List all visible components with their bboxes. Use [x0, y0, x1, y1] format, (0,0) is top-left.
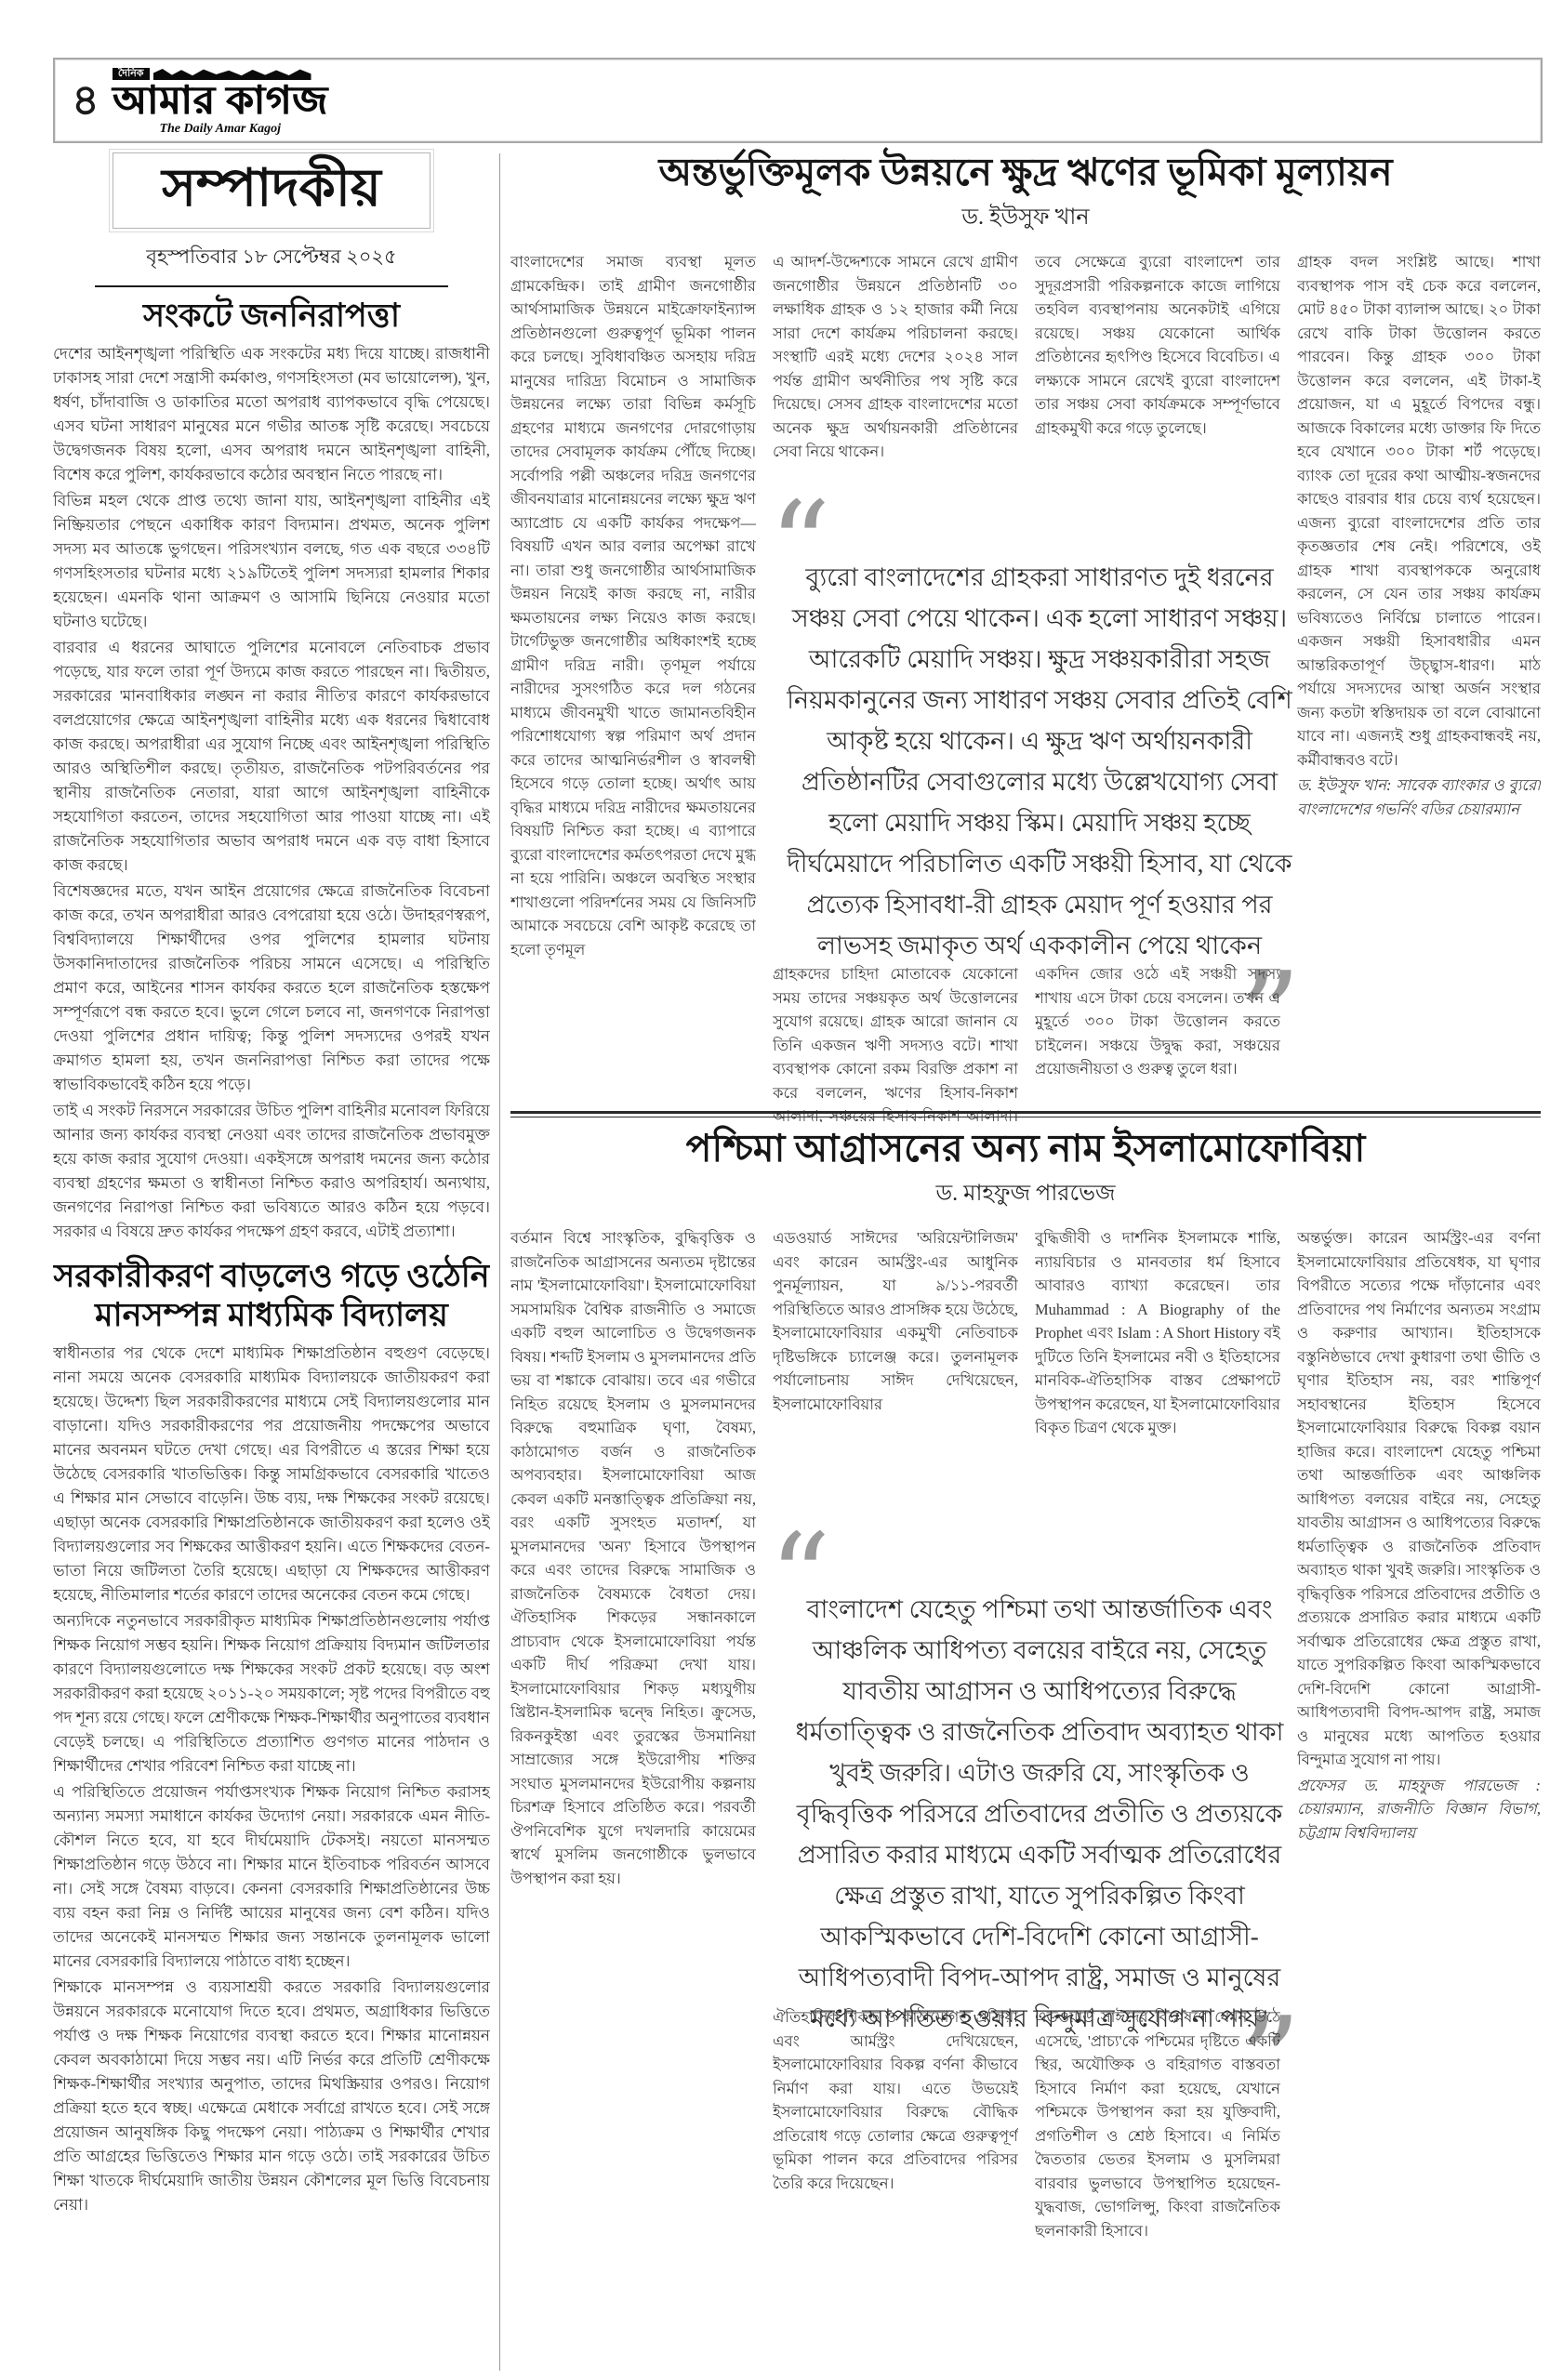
article-divider-rule: [510, 1111, 1541, 1117]
article2-pull-quote-text: বাংলাদেশ যেহেতু পশ্চিমা তথা আন্তর্জাতিক …: [796, 1595, 1284, 2032]
editorial-column: সম্পাদকীয় বৃহস্পতিবার ১৮ সেপ্টেম্বর ২০২…: [53, 149, 490, 2373]
column-divider: [499, 153, 500, 2371]
article2-col4: অন্তর্ভুক্ত। কারেন আর্মস্ট্রং-এর বর্ণনা …: [1297, 1226, 1541, 2366]
editorial-rule: [95, 285, 448, 287]
editorial1-paragraph: দেশের আইনশৃঙ্খলা পরিস্থিতি এক সংকটের মধ্…: [53, 342, 490, 487]
article2-col1: বর্তমান বিশ্বে সাংস্কৃতিক, বুদ্ধিবৃত্তিক…: [510, 1226, 756, 2366]
article1-col4-text: গ্রাহক বদল সংশ্লিষ্ট আছে। শাখা ব্যবস্থাপ…: [1297, 250, 1541, 772]
editorial1-headline: সংকটে জননিরাপত্তা: [53, 297, 490, 335]
article2-col4-text: অন্তর্ভুক্ত। কারেন আর্মস্ট্রং-এর বর্ণনা …: [1297, 1226, 1541, 1772]
article2: পশ্চিমা আগ্রাসনের অন্য নাম ইসলামোফোবিয়া…: [510, 1125, 1541, 2366]
article1-col4: গ্রাহক বদল সংশ্লিষ্ট আছে। শাখা ব্যবস্থাপ…: [1297, 250, 1541, 1122]
article2-body: বর্তমান বিশ্বে সাংস্কৃতিক, বুদ্ধিবৃত্তিক…: [510, 1226, 1541, 2366]
editorial1-body: দেশের আইনশৃঙ্খলা পরিস্থিতি এক সংকটের মধ্…: [53, 342, 490, 1244]
editorial2-headline: সরকারীকরণ বাড়লেও গড়ে ওঠেনি মানসম্পন্ন …: [53, 1257, 490, 1334]
article1-pull-quote-text: ব্যুরো বাংলাদেশের গ্রাহকরা সাধারণত দুই ধ…: [787, 563, 1292, 959]
editorial2-headline-line2: মানসম্পন্ন মাধ্যমিক বিদ্যালয়: [95, 1297, 448, 1333]
editorial2-paragraph: শিক্ষাকে মানসম্পন্ন ও ব্যয়সাশ্রয়ী করতে…: [53, 1976, 490, 2217]
oped-area: অন্তর্ভুক্তিমূলক উন্নয়নে ক্ষুদ্র ঋণের ভ…: [510, 149, 1541, 2373]
editorial2-body: স্বাধীনতার পর থেকে দেশে মাধ্যমিক শিক্ষাপ…: [53, 1342, 490, 2217]
article1-col2-top: এ আদর্শ-উদ্দেশ্যকে সামনে রেখে গ্রামীণ জন…: [773, 250, 1018, 503]
article2-pull-quote: “ বাংলাদেশ যেহেতু পশ্চিমা তথা আন্তর্জাতি…: [773, 1546, 1306, 2035]
article1-col3-top: তবে সেক্ষেত্রে ব্যুরো বাংলাদেশ তার সুদূর…: [1035, 250, 1280, 503]
article1-byline: ড. ইউসুফ খান: [510, 200, 1541, 237]
article1-col2-bottom: গ্রাহকদের চাহিদা মোতাবেক যেকোনো সময় তাদ…: [773, 962, 1018, 1122]
editorial-section-box: সম্পাদকীয়: [113, 152, 431, 229]
article2-col3-top: বুদ্ধিজীবী ও দার্শনিক ইসলামকে শান্তি, ন্…: [1035, 1226, 1280, 1535]
logo-skyline-icon: [153, 69, 311, 80]
article1-col1: বাংলাদেশের সমাজ ব্যবস্থা মূলত গ্রামকেন্দ…: [510, 250, 756, 1122]
editorial2-paragraph: অন্যদিকে নতুনভাবে সরকারীকৃত মাধ্যমিক শিক…: [53, 1609, 490, 1778]
logo-title: আমার কাগজ: [113, 82, 328, 121]
page-number: ৪: [72, 79, 99, 122]
editorial1-paragraph: বারবার এ ধরনের আঘাতে পুলিশের মনোবলে নেতি…: [53, 636, 490, 878]
masthead: ৪ দৈনিক আমার কাগজ The Daily Amar Kagoj: [53, 58, 1543, 143]
editorial2-paragraph: এ পরিস্থিতিতে প্রয়োজন পর্যাপ্তসংখ্যক শি…: [53, 1780, 490, 1974]
article1-body: বাংলাদেশের সমাজ ব্যবস্থা মূলত গ্রামকেন্দ…: [510, 250, 1541, 1122]
article1-pull-quote: “ ব্যুরো বাংলাদেশের গ্রাহকরা সাধারণত দুই…: [773, 514, 1306, 990]
logo-subtitle: The Daily Amar Kagoj: [113, 123, 328, 136]
article1-col3-bottom: একদিন জোর ওঠে এই সঞ্চয়ী সদস্য শাখায় এস…: [1035, 962, 1280, 1122]
article1-headline: অন্তর্ভুক্তিমূলক উন্নয়নে ক্ষুদ্র ঋণের ভ…: [510, 151, 1541, 194]
article1-author-note: ড. ইউসুফ খান: সাবেক ব্যাংকার ও ব্যুরো বা…: [1297, 773, 1541, 821]
editorial1-paragraph: বিভিন্ন মহল থেকে প্রাপ্ত তথ্যে জানা যায়…: [53, 489, 490, 634]
editorial2-headline-line1: সরকারীকরণ বাড়লেও গড়ে ওঠেনি: [53, 1258, 489, 1294]
newspaper-page: ৪ দৈনিক আমার কাগজ The Daily Amar Kagoj স…: [0, 0, 1550, 2380]
article2-author-note: প্রফেসর ড. মাহফুজ পারভেজ : চেয়ারম্যান, …: [1297, 1774, 1541, 1845]
logo-tagline: দৈনিক: [113, 68, 150, 80]
editorial1-paragraph: তাই এ সংকট নিরসনে সরকারের উচিত পুলিশ বাহ…: [53, 1099, 490, 1244]
article1: অন্তর্ভুক্তিমূলক উন্নয়নে ক্ষুদ্র ঋণের ভ…: [510, 151, 1541, 1122]
editorial-date: বৃহস্পতিবার ১৮ সেপ্টেম্বর ২০২৫: [53, 242, 490, 274]
article2-headline: পশ্চিমা আগ্রাসনের অন্য নাম ইসলামোফোবিয়া: [510, 1127, 1541, 1170]
article2-col2-top: এডওয়ার্ড সাঈদের 'অরিয়েন্টালিজম' এবং কা…: [773, 1226, 1018, 1535]
article2-byline: ড. মাহফুজ পারভেজ: [510, 1176, 1541, 1213]
article2-col3-bottom: এডওয়ার্ড সাঈদের বিশ্লেষণে যেমন উঠে এসেছ…: [1035, 2005, 1280, 2366]
newspaper-logo: দৈনিক আমার কাগজ The Daily Amar Kagoj: [113, 65, 328, 136]
editorial2-paragraph: স্বাধীনতার পর থেকে দেশে মাধ্যমিক শিক্ষাপ…: [53, 1342, 490, 1607]
article2-col2-bottom: ঐতিহাসিক শিকড় ও কাঠামোগত প্রক্রিয়া এবং…: [773, 2005, 1018, 2366]
editorial1-paragraph: বিশেষজ্ঞদের মতে, যখন আইন প্রয়োগের ক্ষেত…: [53, 879, 490, 1097]
editorial-section-title: সম্পাদকীয়: [162, 160, 381, 218]
